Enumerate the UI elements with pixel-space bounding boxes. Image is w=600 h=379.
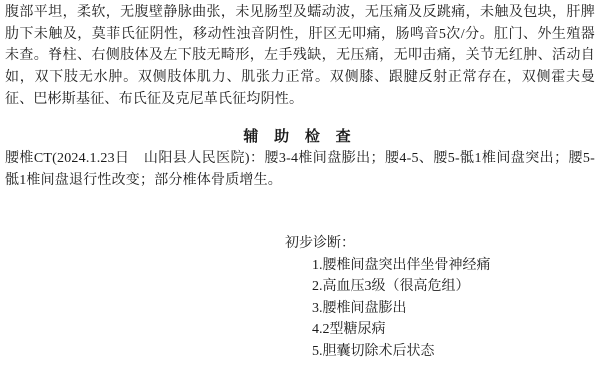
medical-record-page: { "document": { "colors": { "text": "#1b… bbox=[0, 0, 600, 379]
preliminary-diagnosis-label: 初步诊断： bbox=[285, 233, 491, 255]
diagnosis-item: 5.胆囊切除术后状态 bbox=[312, 341, 491, 363]
diagnosis-item: 4.2型糖尿病 bbox=[312, 319, 491, 341]
diagnosis-item: 2.高血压3级（很高危组） bbox=[312, 276, 491, 298]
auxiliary-exam-heading: 辅 助 检 查 bbox=[0, 125, 600, 146]
preliminary-diagnosis-block: 初步诊断： 1.腰椎间盘突出伴坐骨神经痛 2.高血压3级（很高危组） 3.腰椎间… bbox=[285, 233, 491, 362]
auxiliary-exam-paragraph: 腰椎CT(2024.1.23日 山阳县人民医院)：腰3-4椎间盘膨出；腰4-5、… bbox=[5, 148, 595, 191]
diagnosis-item: 1.腰椎间盘突出伴坐骨神经痛 bbox=[312, 255, 491, 277]
diagnosis-item: 3.腰椎间盘膨出 bbox=[312, 298, 491, 320]
physical-exam-paragraph: 腹部平坦，柔软，无腹壁静脉曲张，未见肠型及蠕动波，无压痛及反跳痛，未触及包块，肝… bbox=[5, 2, 595, 111]
